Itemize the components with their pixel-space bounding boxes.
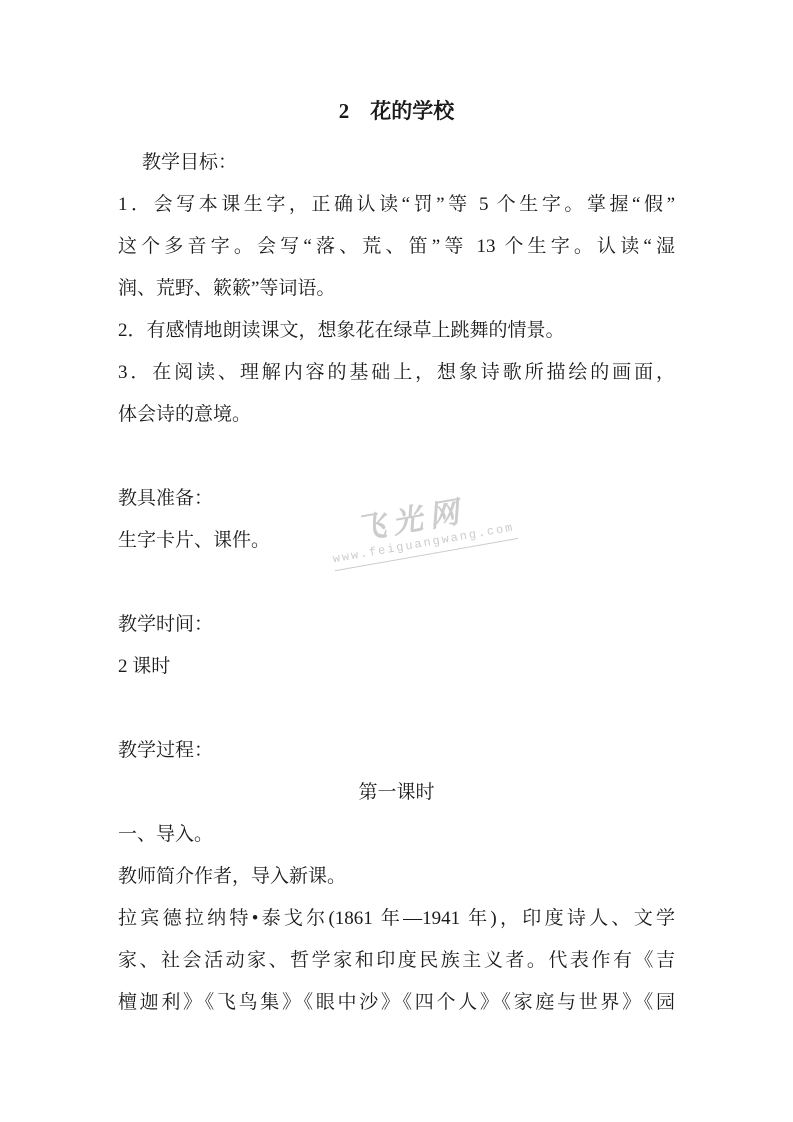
text-line: 拉宾德拉纳特•泰戈尔(1861 年—1941 年)，印度诗人、文学 <box>118 898 675 940</box>
text-line: 2．有感情地朗读课文，想象花在绿草上跳舞的情景。 <box>118 310 675 352</box>
lesson1-step1-body: 教师简介作者，导入新课。 <box>118 856 675 898</box>
materials-body: 生字卡片、课件。 <box>118 520 675 562</box>
materials-heading: 教具准备： <box>118 478 675 520</box>
time-body: 2 课时 <box>118 646 675 688</box>
lesson-title: 2 花的学校 <box>118 96 675 126</box>
lesson1-heading: 第一课时 <box>118 772 675 814</box>
text-line: 家、社会活动家、哲学家和印度民族主义者。代表作有《吉 <box>118 940 675 982</box>
document-page: 2 花的学校 教学目标： 1．会写本课生字，正确认读“罚”等 5 个生字。掌握“… <box>0 0 793 1122</box>
text-line: 3．在阅读、理解内容的基础上，想象诗歌所描绘的画面， <box>118 352 675 394</box>
document-content: 2 花的学校 教学目标： 1．会写本课生字，正确认读“罚”等 5 个生字。掌握“… <box>0 0 793 1024</box>
text-line: 润、荒野、簌簌”等词语。 <box>118 268 675 310</box>
text-line: 体会诗的意境。 <box>118 394 675 436</box>
text-line: 这个多音字。会写“落、荒、笛”等 13 个生字。认读“湿 <box>118 226 675 268</box>
process-heading: 教学过程： <box>118 730 675 772</box>
time-heading: 教学时间： <box>118 604 675 646</box>
text-line: 檀迦利》《飞鸟集》《眼中沙》《四个人》《家庭与世界》《园 <box>118 982 675 1024</box>
text-line: 1．会写本课生字，正确认读“罚”等 5 个生字。掌握“假” <box>118 184 675 226</box>
goals-heading: 教学目标： <box>118 142 675 184</box>
lesson1-step1: 一、导入。 <box>118 814 675 856</box>
